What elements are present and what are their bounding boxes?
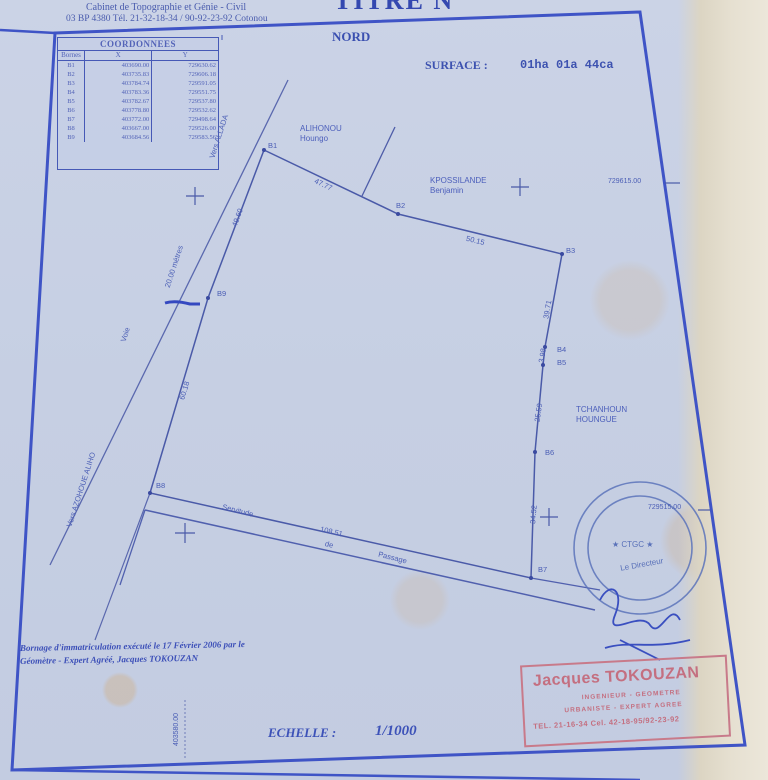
cell-borne: B3 <box>58 79 85 88</box>
cell-y: 729498.64 <box>152 115 218 124</box>
table-row: B9403684.56729583.56 <box>58 133 218 142</box>
surveyor-stamp: Jacques TOKOUZAN INGENIEUR - GEOMETRE UR… <box>520 655 731 748</box>
cell-x: 403784.74 <box>85 79 152 88</box>
bornage-note: Bornage d'immatriculation exécuté le 17 … <box>20 638 245 668</box>
cell-borne: B7 <box>58 115 85 124</box>
document-title: TITRE N° <box>334 0 467 16</box>
table-row: B6403778.80729532.62 <box>58 106 218 115</box>
borne-label-b7: B7 <box>538 565 547 574</box>
neighbour-alihonou: ALIHONOU Houngo <box>300 124 342 144</box>
neighbour-kpossilande: KPOSSILANDE Benjamin <box>430 176 486 196</box>
scale-value: 1/1000 <box>375 723 417 740</box>
table-row: B4403783.36729551.75 <box>58 88 218 97</box>
cell-y: 729591.05 <box>152 79 218 88</box>
cell-y: 729583.56 <box>152 133 218 142</box>
cell-x: 403782.67 <box>85 97 152 106</box>
cell-borne: B1 <box>58 61 85 71</box>
cell-x: 403778.80 <box>85 106 152 115</box>
borne-label-b8: B8 <box>156 481 165 490</box>
neighbour-tchanhoun: TCHANHOUN HOUNGUE <box>576 405 627 425</box>
table-row: B5403782.67729537.80 <box>58 97 218 106</box>
borne-label-b5: B5 <box>557 358 566 367</box>
table-row: B2403735.83729606.18 <box>58 70 218 79</box>
cell-x: 403735.83 <box>85 70 152 79</box>
borne-label-b2: B2 <box>396 201 405 210</box>
office-address: 03 BP 4380 Tél. 21-32-18-34 / 90-92-23-9… <box>66 14 268 24</box>
surveyor-name: Jacques TOKOUZAN <box>532 664 700 691</box>
neighbour-name: KPOSSILANDE <box>430 176 486 186</box>
cell-x: 403684.56 <box>85 133 152 142</box>
surface-value: 01ha 01a 44ca <box>520 58 614 72</box>
neighbour-firstname: Benjamin <box>430 186 486 196</box>
borne-label-b1: B1 <box>268 141 277 150</box>
parcel-boundary <box>150 150 562 578</box>
cell-borne: B4 <box>58 88 85 97</box>
neighbour-firstname: HOUNGUE <box>576 415 627 425</box>
neighbour-divider <box>362 127 395 196</box>
cell-x: 403772.00 <box>85 115 152 124</box>
cell-borne: B6 <box>58 106 85 115</box>
cell-x: 403690.00 <box>85 61 152 71</box>
ink-mark <box>165 302 200 304</box>
cell-borne: B8 <box>58 124 85 133</box>
column-header: Bornes <box>58 51 85 61</box>
table-row: B3403784.74729591.05 <box>58 79 218 88</box>
surveyor-phone: TEL. 21-16-34 Cel. 42-18-95/92-23-92 <box>533 714 680 731</box>
servitude-edge <box>145 510 595 610</box>
cell-y: 729606.18 <box>152 70 218 79</box>
scale-label: ECHELLE : <box>268 725 336 741</box>
surface-label: SURFACE : <box>425 58 488 73</box>
distance-b6-b7: 34.52 <box>528 505 539 524</box>
neighbour-name: TCHANHOUN <box>576 405 627 415</box>
borne-label-b6: B6 <box>545 448 554 457</box>
neighbour-name: ALIHONOU <box>300 124 342 134</box>
table-row: B8403667.00729526.00 <box>58 124 218 133</box>
borne-points <box>148 148 564 580</box>
grid-y-bottom: 729515.00 <box>648 504 681 511</box>
office-name: Cabinet de Topographie et Génie - Civil <box>86 2 246 13</box>
round-stamp-center: ★ CTGC ★ <box>612 540 653 549</box>
table-caption: COORDONNEES <box>58 38 218 51</box>
cell-borne: B2 <box>58 70 85 79</box>
cell-borne: B5 <box>58 97 85 106</box>
grid-y-top: 729615.00 <box>608 178 641 185</box>
cell-borne: B9 <box>58 133 85 142</box>
borne-label-b3: B3 <box>566 246 575 255</box>
table-row: B7403772.00729498.64 <box>58 115 218 124</box>
cell-x: 403667.00 <box>85 124 152 133</box>
cell-y: 729532.62 <box>152 106 218 115</box>
cell-x: 403783.36 <box>85 88 152 97</box>
cell-y: 729537.80 <box>152 97 218 106</box>
cell-y: 729630.62 <box>152 61 218 71</box>
column-header: Y <box>152 51 218 61</box>
table-row: B1403690.00729630.62 <box>58 61 218 71</box>
cell-y: 729551.75 <box>152 88 218 97</box>
borne-label-b4: B4 <box>557 345 566 354</box>
neighbour-firstname: Houngo <box>300 134 342 144</box>
surveyor-role-2: URBANISTE - EXPERT AGREE <box>564 701 683 714</box>
surveyor-role-1: INGENIEUR - GEOMETRE <box>582 689 681 701</box>
coordinates-table: COORDONNEES Bornes X Y B1403690.00729630… <box>57 37 219 170</box>
borne-label-b9: B9 <box>217 289 226 298</box>
north-label: NORD <box>332 29 370 45</box>
cell-y: 729526.00 <box>152 124 218 133</box>
column-header: X <box>85 51 152 61</box>
grid-x-bottom: 403580.00 <box>173 713 180 746</box>
